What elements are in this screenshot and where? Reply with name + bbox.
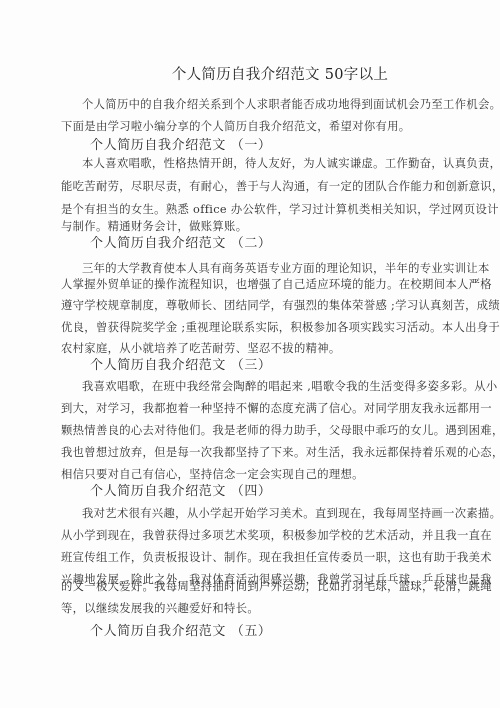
section-2-line: 遵守学校规章制度，尊敬师长、团结同学，有强烈的集体荣誉感 ;学习认真刻苦，成绩 — [61, 299, 500, 313]
section-3-line: 我喜欢唱歌，在班中我经常会陶醉的唱起来 ,唱歌令我的生活变得多姿多彩。从小 — [82, 380, 498, 394]
section-3-line: 到大，对学习，我都抱着一种坚持不懈的态度充满了信心。对同学朋友我永远都用一 — [61, 402, 492, 416]
section-2-line: 三年的大学教育使本人具有商务英语专业方面的理论知识，半年的专业实训让本 — [82, 262, 490, 276]
section-heading-2: 个人简历自我介绍范文 （二） — [90, 236, 272, 252]
section-heading-4: 个人简历自我介绍范文 （四） — [90, 484, 272, 500]
section-1-line: 能吃苦耐劳，尽职尽责，有耐心，善于与人沟通，有一定的团队合作能力和创新意识， — [61, 180, 500, 194]
section-heading-3: 个人简历自我介绍范文 （三） — [90, 358, 272, 374]
section-4-line: 我对艺术很有兴趣，从小学起开始学习美术。直到现在，我每周坚持画一次素描。 — [82, 507, 500, 521]
section-2-line: 人掌握外贸单证的操作流程知识，也增强了自己适应环境的能力。在校期间本人严格 — [61, 278, 492, 292]
section-1-line: 本人喜欢唱歌，性格热情开朗，待人友好，为人诚实谦虚。工作勤奋，认真负责， — [82, 157, 500, 171]
section-3-line: 相信只要对自己有信心，坚持信念一定会实现自己的理想。 — [61, 468, 364, 482]
intro-line: 个人简历中的自我介绍关系到个人求职者能否成功地得到面试机会乃至工作机会。 — [82, 98, 500, 112]
section-heading-1: 个人简历自我介绍范文 （一） — [90, 138, 272, 154]
section-3-line: 我也曾想过放弃，但是每一次我都坚持了下来。对生活，我永远都保持着乐观的心态， — [61, 446, 500, 460]
intro-line: 下面是由学习啦小编分享的个人简历自我介绍范文，希望对你有用。 — [61, 120, 410, 134]
section-4-line: 的又一极大爱好。我每周坚持抽时间到户外运动，比如打羽毛球，篮球，轮滑，跳绳 — [61, 580, 492, 594]
section-heading-5: 个人简历自我介绍范文 （五） — [90, 624, 272, 640]
document-title: 个人简历自我介绍范文 50字以上 — [0, 63, 500, 84]
section-2-line: 优良，曾获得院奖学金 ;重视理论联系实际，积极参加各项实践实习活动。本人出身于 — [61, 321, 500, 335]
document-page: 个人简历自我介绍范文 50字以上 个人简历中的自我介绍关系到个人求职者能否成功地… — [0, 0, 500, 708]
section-4-line: 班宣传组工作，负责板报设计、制作。现在我担任宣传委员一职，这也有助于我美术 — [61, 551, 492, 565]
section-1-line: 与制作。精通财务会计，做账算账。 — [61, 220, 247, 234]
section-1-line: 是个有担当的女生。熟悉 office 办公软件，学习过计算机类相关知识，学过网页… — [61, 203, 499, 217]
section-3-line: 颗热情善良的心去对待他们。我是老师的得力助手，父母眼中乖巧的女儿。遇到困难， — [61, 424, 500, 438]
section-2-line: 农村家庭，从小就培养了吃苦耐劳、坚忍不拔的精神。 — [61, 342, 341, 356]
section-4-line: 等，以继续发展我的兴趣爱好和特长。 — [61, 602, 259, 616]
section-4-line: 从小学到现在，我曾获得过多项艺术奖项，积极参加学校的艺术活动，并且我一直在 — [61, 529, 492, 543]
